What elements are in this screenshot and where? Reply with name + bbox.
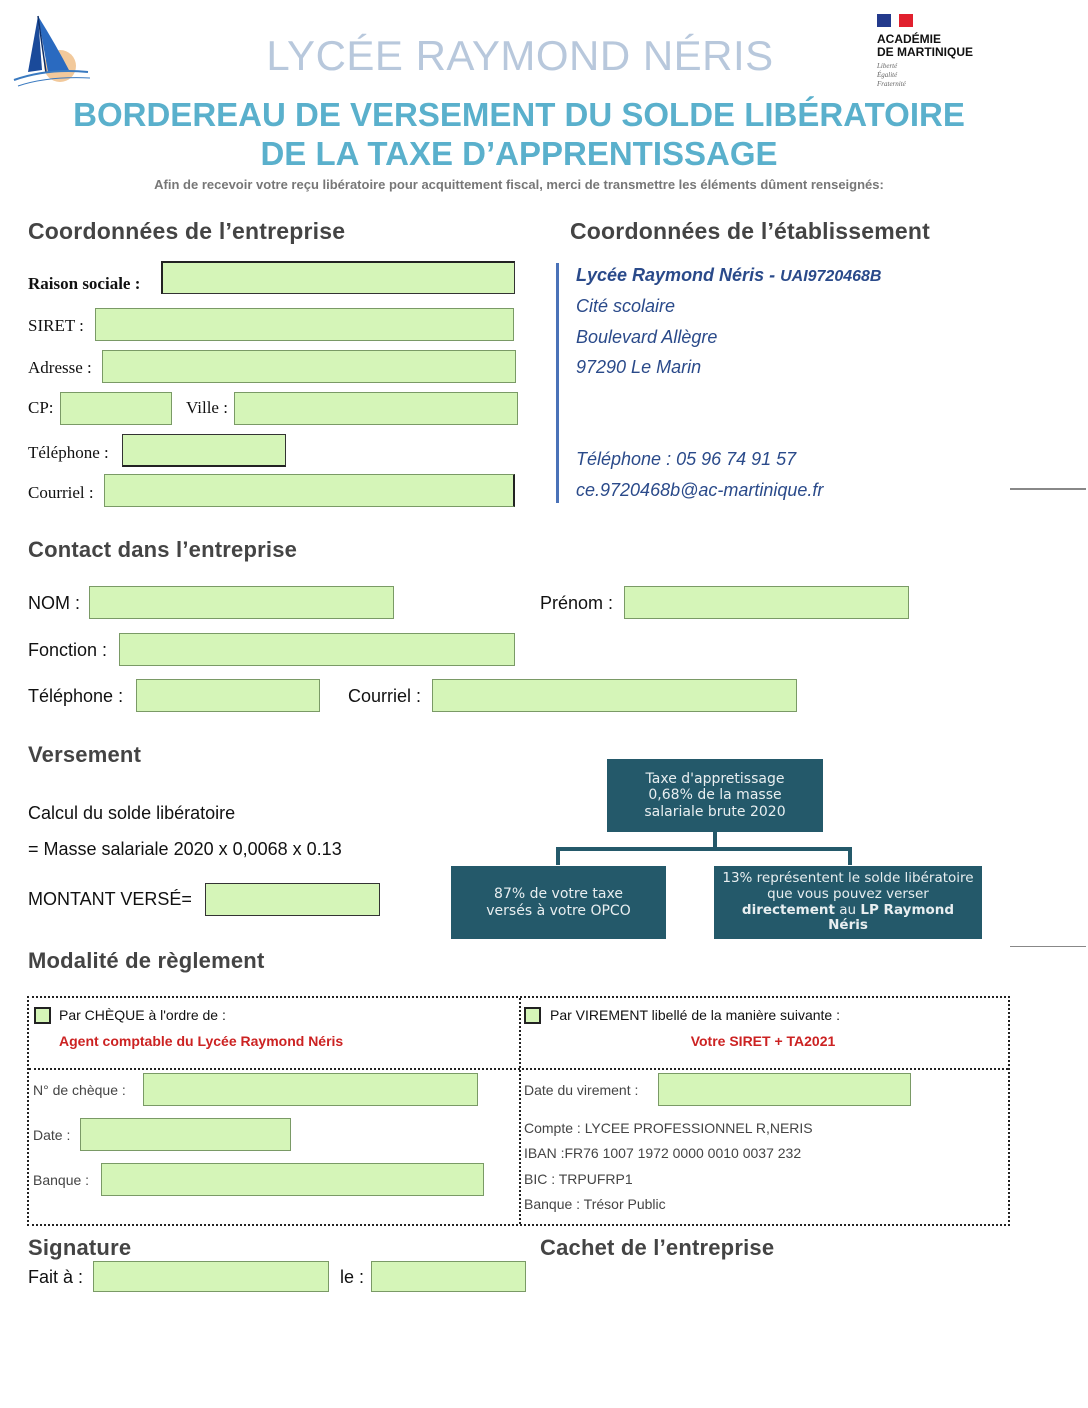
diagram-taxe-box: Taxe d'appretissage 0,68% de la masse sa… [607, 759, 823, 832]
motto: Liberté Égalité Fraternité [877, 62, 906, 89]
prenom-field[interactable] [624, 586, 909, 619]
date-cheque-label: Date : [33, 1127, 70, 1143]
adresse-label: Adresse : [28, 358, 92, 378]
date-virement-field[interactable] [658, 1073, 911, 1106]
courriel-entreprise-field[interactable] [104, 474, 515, 507]
telephone-contact-field[interactable] [136, 679, 320, 712]
etablissement-line2: Cité scolaire [576, 296, 675, 317]
etablissement-line4: 97290 Le Marin [576, 357, 701, 378]
telephone-entreprise-label: Téléphone : [28, 443, 109, 463]
telephone-entreprise-field[interactable] [122, 434, 286, 467]
reglement-heading: Modalité de règlement [28, 948, 264, 974]
cheque-checkbox[interactable] [34, 1007, 51, 1024]
nom-label: NOM : [28, 593, 80, 614]
cp-field[interactable] [60, 392, 172, 425]
date-virement-label: Date du virement : [524, 1082, 638, 1098]
raison-sociale-field[interactable] [161, 261, 515, 294]
montant-verse-field[interactable] [205, 883, 380, 916]
versement-heading: Versement [28, 742, 141, 768]
virement-compte: Compte : LYCEE PROFESSIONNEL R,NERIS [524, 1120, 813, 1136]
etablissement-line3: Boulevard Allègre [576, 327, 717, 348]
ville-label: Ville : [186, 398, 228, 418]
margin-rule-bottom [1010, 946, 1086, 947]
signature-heading: Signature [28, 1235, 131, 1261]
cp-label: CP: [28, 398, 54, 418]
diagram-solde-box: 13% représentent le solde libératoire qu… [714, 866, 982, 939]
date-cheque-field[interactable] [80, 1118, 291, 1151]
montant-verse-label: MONTANT VERSÉ= [28, 889, 192, 910]
cheque-payee: Agent comptable du Lycée Raymond Néris [59, 1033, 343, 1049]
cheque-option-label: Par CHÈQUE à l'ordre de : [59, 1007, 226, 1023]
virement-option-label: Par VIREMENT libellé de la manière suiva… [550, 1007, 840, 1023]
contact-heading: Contact dans l’entreprise [28, 537, 297, 563]
etablissement-heading: Coordonnées de l’établissement [570, 218, 930, 245]
entreprise-heading: Coordonnées de l’entreprise [28, 218, 345, 245]
academie-line1: ACADÉMIE [877, 32, 941, 46]
virement-checkbox[interactable] [524, 1007, 541, 1024]
fonction-field[interactable] [119, 633, 515, 666]
cachet-heading: Cachet de l’entreprise [540, 1235, 774, 1261]
numero-cheque-label: N° de chèque : [33, 1082, 126, 1098]
etablissement-telephone: Téléphone : 05 96 74 91 57 [576, 449, 796, 470]
raison-sociale-label: Raison sociale : [28, 274, 140, 294]
telephone-contact-label: Téléphone : [28, 686, 123, 707]
siret-field[interactable] [95, 308, 514, 341]
banque-cheque-label: Banque : [33, 1172, 89, 1188]
academie-line2: DE MARTINIQUE [877, 45, 973, 59]
calcul-formula: = Masse salariale 2020 x 0,0068 x 0.13 [28, 839, 342, 860]
virement-bic: BIC : TRPUFRP1 [524, 1171, 633, 1187]
prenom-label: Prénom : [540, 593, 613, 614]
le-label: le : [340, 1267, 364, 1288]
virement-libelle: Votre SIRET + TA2021 [518, 1033, 1008, 1049]
fait-a-field[interactable] [93, 1261, 329, 1292]
fonction-label: Fonction : [28, 640, 107, 661]
date-signature-field[interactable] [371, 1261, 526, 1292]
margin-rule-top [1010, 488, 1086, 490]
courriel-contact-field[interactable] [432, 679, 797, 712]
etablissement-email[interactable]: ce.9720468b@ac-martinique.fr [576, 480, 823, 501]
diagram-connector [556, 832, 852, 865]
french-flag-icon [877, 14, 913, 27]
etablissement-divider [556, 263, 559, 503]
adresse-field[interactable] [102, 350, 516, 383]
document-subtitle: Afin de recevoir votre reçu libératoire … [0, 177, 1038, 192]
calcul-title: Calcul du solde libératoire [28, 803, 235, 824]
courriel-contact-label: Courriel : [348, 686, 421, 707]
etablissement-name: Lycée Raymond Néris - UAI9720468B [576, 265, 881, 286]
ville-field[interactable] [234, 392, 518, 425]
diagram-opco-box: 87% de votre taxe versés à votre OPCO [451, 866, 666, 939]
document-title-line1: BORDEREAU DE VERSEMENT DU SOLDE LIBÉRATO… [0, 96, 1038, 134]
nom-field[interactable] [89, 586, 394, 619]
fait-a-label: Fait à : [28, 1267, 83, 1288]
banque-cheque-field[interactable] [101, 1163, 484, 1196]
virement-iban: IBAN :FR76 1007 1972 0000 0010 0037 232 [524, 1145, 801, 1161]
virement-banque: Banque : Trésor Public [524, 1196, 666, 1212]
numero-cheque-field[interactable] [143, 1073, 478, 1106]
document-title-line2: DE LA TAXE D’APPRENTISSAGE [0, 135, 1038, 173]
academie-logo: ACADÉMIE DE MARTINIQUE Liberté Égalité F… [877, 14, 1007, 94]
courriel-entreprise-label: Courriel : [28, 483, 94, 503]
siret-label: SIRET : [28, 316, 84, 336]
